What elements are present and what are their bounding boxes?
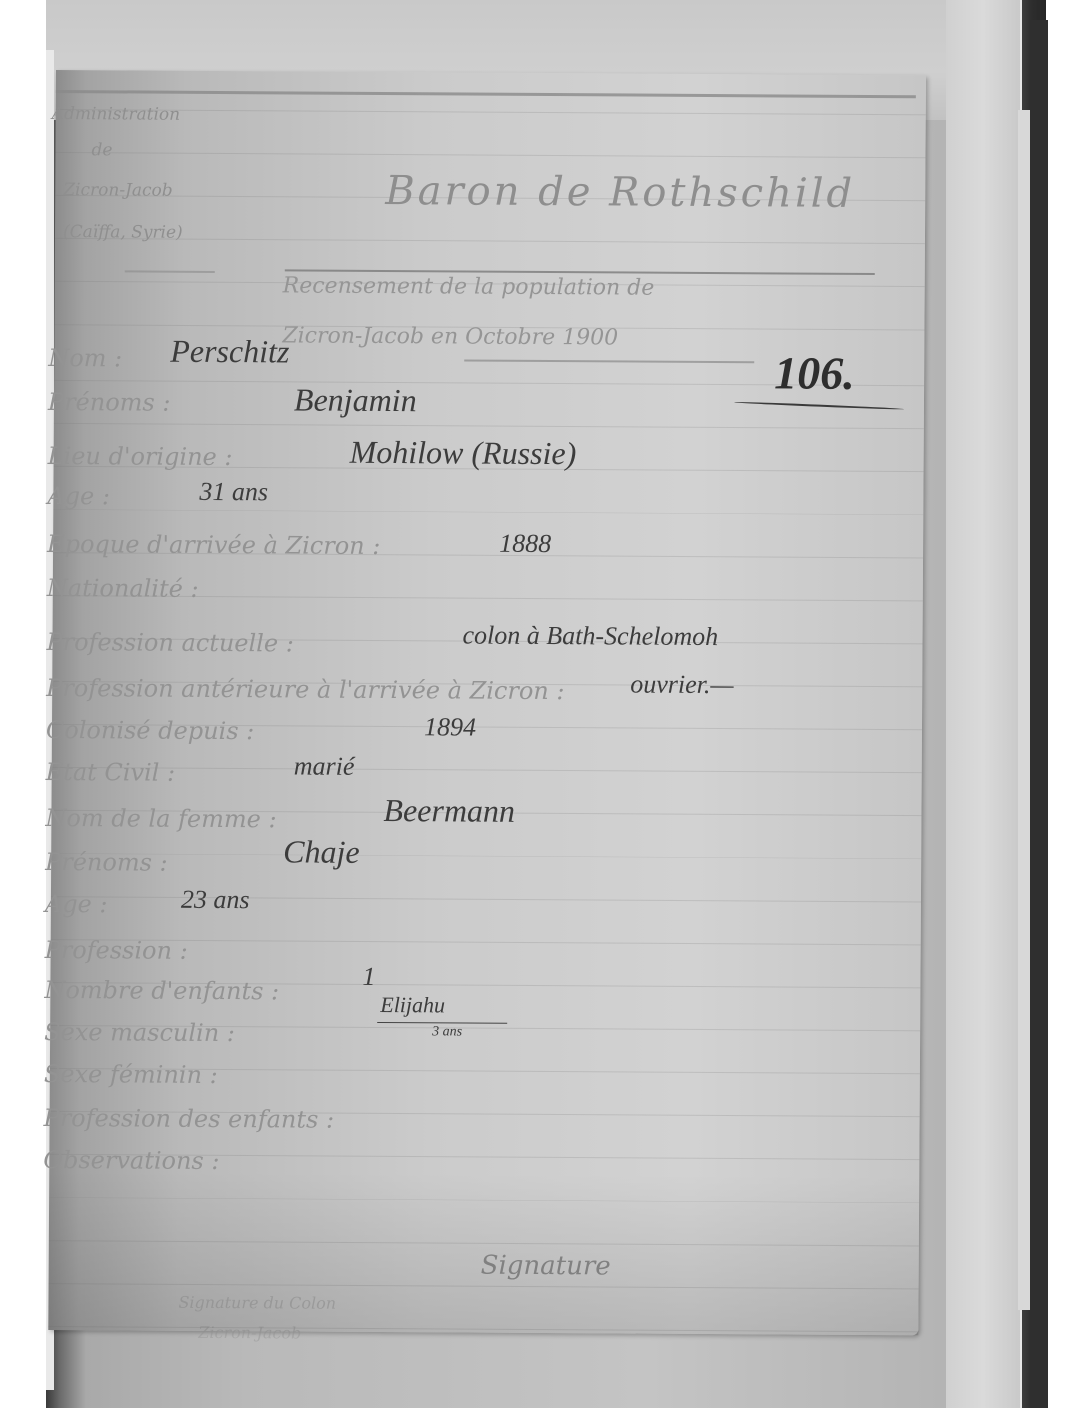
field-value-nombre-enfants: 1 xyxy=(362,962,375,992)
book-back-page xyxy=(946,0,1022,1408)
field-label-prenoms: Prénoms : xyxy=(48,388,171,417)
top-rule xyxy=(56,90,916,98)
subtitle-rule xyxy=(464,359,754,363)
field-value-prenoms-femme: Chaje xyxy=(283,833,360,870)
field-label-nom-femme: Nom de la femme : xyxy=(45,804,276,833)
document-title: Baron de Rothschild xyxy=(385,168,855,217)
field-value-profession-anterieure: ouvrier.— xyxy=(630,670,733,701)
field-label-prenoms-femme: Prénoms : xyxy=(45,848,168,877)
signature-label: Signature xyxy=(481,1251,611,1282)
field-value-epoque-arrivee: 1888 xyxy=(499,529,551,559)
field-label-profession-actuelle: Profession actuelle : xyxy=(46,628,293,658)
stamp-line1: Signature du Colon xyxy=(178,1293,336,1313)
census-form-sheet: Administration de Zicron-Jacob (Caïffa, … xyxy=(48,70,926,1335)
field-label-profession-femme: Profession : xyxy=(45,936,188,965)
field-value-etat-civil: marié xyxy=(294,751,355,781)
field-label-sexe-feminin: Sexe féminin : xyxy=(44,1060,218,1089)
field-value-profession-actuelle: colon à Bath-Schelomoh xyxy=(462,620,718,652)
margin-rule xyxy=(125,270,215,273)
field-value-sexe-masculin: Elijahu xyxy=(380,992,445,1018)
field-label-age: Age : xyxy=(47,482,110,510)
field-label-colonise-depuis: Colonisé depuis : xyxy=(46,716,254,745)
record-number: 106. xyxy=(774,346,855,399)
field-label-sexe-masculin: Sexe masculin : xyxy=(44,1018,235,1047)
field-label-nombre-enfants: Nombre d'enfants : xyxy=(44,976,279,1005)
field-label-profession-anterieure: Profession antérieure à l'arrivée à Zicr… xyxy=(46,674,564,705)
field-label-nom: Nom : xyxy=(48,344,122,372)
margin-header-line4: (Caïffa, Syrie) xyxy=(63,222,183,243)
field-value-age-femme: 23 ans xyxy=(181,885,250,915)
stamp-line2: Zicron-Jacob xyxy=(198,1323,301,1343)
field-value-lieu-origine: Mohilow (Russie) xyxy=(350,434,577,472)
record-number-underline xyxy=(734,401,904,410)
field-label-observations: Observations : xyxy=(43,1146,219,1175)
field-subvalue-child-age: 3 ans xyxy=(432,1024,462,1040)
field-value-colonise-depuis: 1894 xyxy=(424,712,476,742)
field-value-nom-femme: Beermann xyxy=(383,792,515,830)
field-label-age-femme: Age : xyxy=(45,890,108,918)
field-value-age: 31 ans xyxy=(199,477,268,507)
subtitle-line1: Recensement de la population de xyxy=(283,273,655,300)
dark-cloth-background xyxy=(1030,20,1048,1408)
field-label-lieu-origine: Lieu d'origine : xyxy=(48,442,233,471)
margin-header-line2: de xyxy=(91,140,112,160)
field-label-nationalite: Nationalité : xyxy=(47,574,199,603)
margin-header-line3: Zicron-Jacob xyxy=(63,180,173,201)
subtitle-line2: Zicron-Jacob en Octobre 1900 xyxy=(282,323,618,350)
field-value-nom: Perschitz xyxy=(170,333,289,371)
field-value-prenoms: Benjamin xyxy=(294,381,417,419)
field-label-epoque-arrivee: Epoque d'arrivée à Zicron : xyxy=(47,530,380,560)
field-label-etat-civil: Etat Civil : xyxy=(46,758,176,787)
field-label-profession-enfants: Profession des enfants : xyxy=(44,1104,335,1134)
margin-header-line1: Administration xyxy=(52,104,180,125)
